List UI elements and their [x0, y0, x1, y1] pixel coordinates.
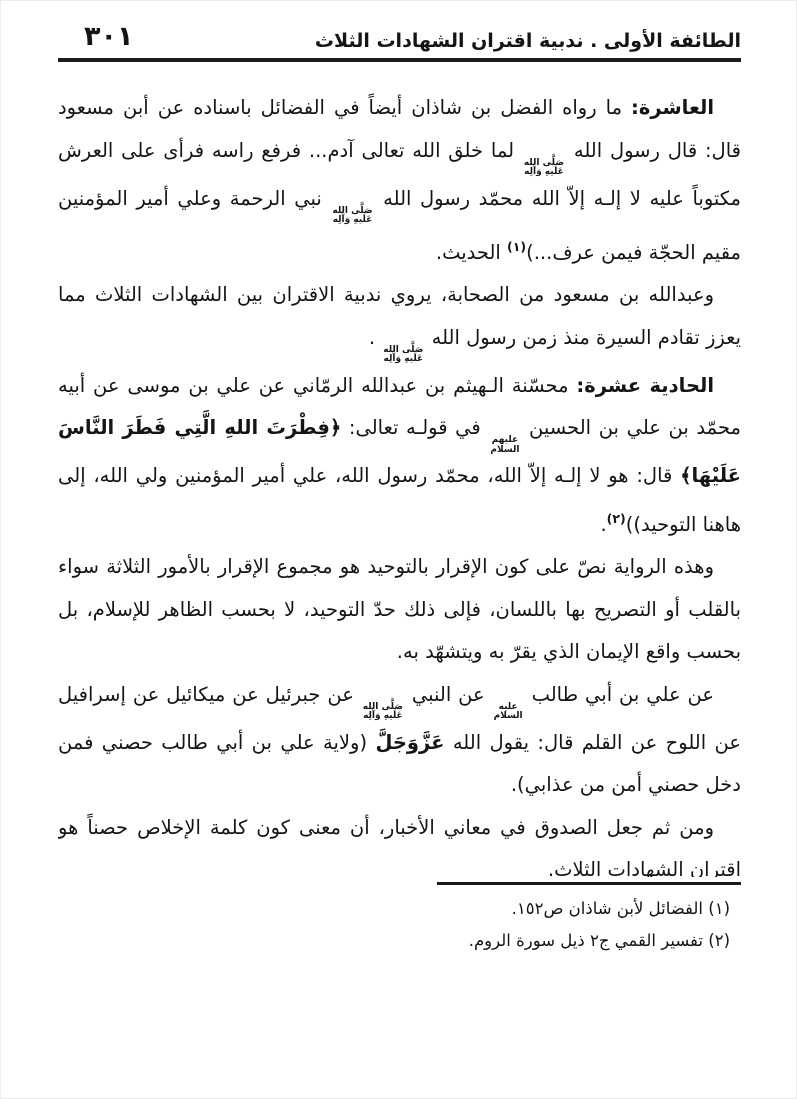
text-run: .	[369, 326, 381, 349]
footnotes-section: (١) الفضائل لأبن شاذان ص١٥٢. (٢) تفسير ا…	[58, 893, 730, 956]
salawat-icon: صَلَّى اللهعَلَيهِ وَآلِه	[332, 207, 372, 226]
alayhis-bottom: السلام	[494, 712, 523, 722]
footnote-marker: (٢)	[708, 931, 730, 950]
footnote-ref-2: (٢)	[607, 511, 626, 526]
header-divider	[58, 58, 741, 62]
paragraph-lead: الحادية عشرة:	[576, 374, 714, 397]
text-run: وعبدالله بن مسعود من الصحابة، يروي ندبية…	[58, 283, 741, 349]
footnote-text: تفسير القمي ج٢ ذيل سورة الروم.	[469, 931, 703, 950]
footnote-text: الفضائل لأبن شاذان ص١٥٢.	[512, 899, 703, 918]
book-page: الطائفة الأولى . ندبية اقتران الشهادات ا…	[0, 0, 797, 1099]
salawat-icon: صَلَّى اللهعَلَيهِ وَآلِه	[363, 703, 403, 722]
text-run: عن علي بن أبي طالب	[525, 683, 714, 706]
footnote-ref-1: (١)	[507, 239, 526, 254]
paragraph-4: وهذه الرواية نصّ على كون الإقرار بالتوحي…	[58, 546, 741, 674]
salawat-icon: صَلَّى اللهعَلَيهِ وَآلِه	[383, 346, 423, 365]
alayhim-salam-icon: عليهمالسلام	[490, 436, 519, 455]
alayhim-bottom: السلام	[490, 446, 519, 456]
page-number: ٣٠١	[58, 21, 133, 52]
header-title: الطائفة الأولى . ندبية اقتران الشهادات ا…	[315, 30, 741, 52]
page-header: الطائفة الأولى . ندبية اقتران الشهادات ا…	[58, 21, 741, 52]
text-run: في قولـه تعالى:	[341, 416, 488, 439]
paragraph-1: العاشرة: ما رواه الفضل بن شاذان أيضاً في…	[58, 87, 741, 274]
paragraph-5: عن علي بن أبي طالب عليهالسلام عن النبي ص…	[58, 674, 741, 807]
footnote-divider	[437, 882, 741, 885]
footnote-2: (٢) تفسير القمي ج٢ ذيل سورة الروم.	[58, 925, 730, 957]
salawat-bottom: عَلَيهِ وَآلِه	[363, 712, 403, 722]
text-run: قال: هو لا إلـه إلاّ الله، محمّد رسول ال…	[58, 464, 741, 536]
paragraph-6: ومن ثم جعل الصدوق في معاني الأخبار، أن م…	[58, 807, 741, 878]
salawat-icon: صَلَّى اللهعَلَيهِ وَآلِه	[524, 159, 564, 178]
paragraph-lead: العاشرة:	[631, 96, 714, 119]
footnote-marker: (١)	[708, 899, 730, 918]
text-run: عن النبي	[405, 683, 492, 706]
text-run: ومن ثم جعل الصدوق في معاني الأخبار، أن م…	[58, 816, 741, 878]
paragraph-2: وعبدالله بن مسعود من الصحابة، يروي ندبية…	[58, 274, 741, 365]
body-text: العاشرة: ما رواه الفضل بن شاذان أيضاً في…	[58, 87, 741, 877]
azza-wa-jall-symbol: عَزَّوَجَلَّ	[375, 731, 444, 754]
salawat-bottom: عَلَيهِ وَآلِه	[524, 168, 564, 178]
text-run: الحديث.	[436, 241, 507, 264]
salawat-bottom: عَلَيهِ وَآلِه	[333, 216, 373, 226]
paragraph-3: الحادية عشرة: محسّنة الـهيثم بن عبدالله …	[58, 365, 741, 547]
footnote-1: (١) الفضائل لأبن شاذان ص١٥٢.	[58, 893, 730, 925]
text-run: وهذه الرواية نصّ على كون الإقرار بالتوحي…	[58, 555, 741, 663]
alayhis-salam-icon: عليهالسلام	[494, 703, 523, 722]
salawat-bottom: عَلَيهِ وَآلِه	[384, 355, 424, 365]
